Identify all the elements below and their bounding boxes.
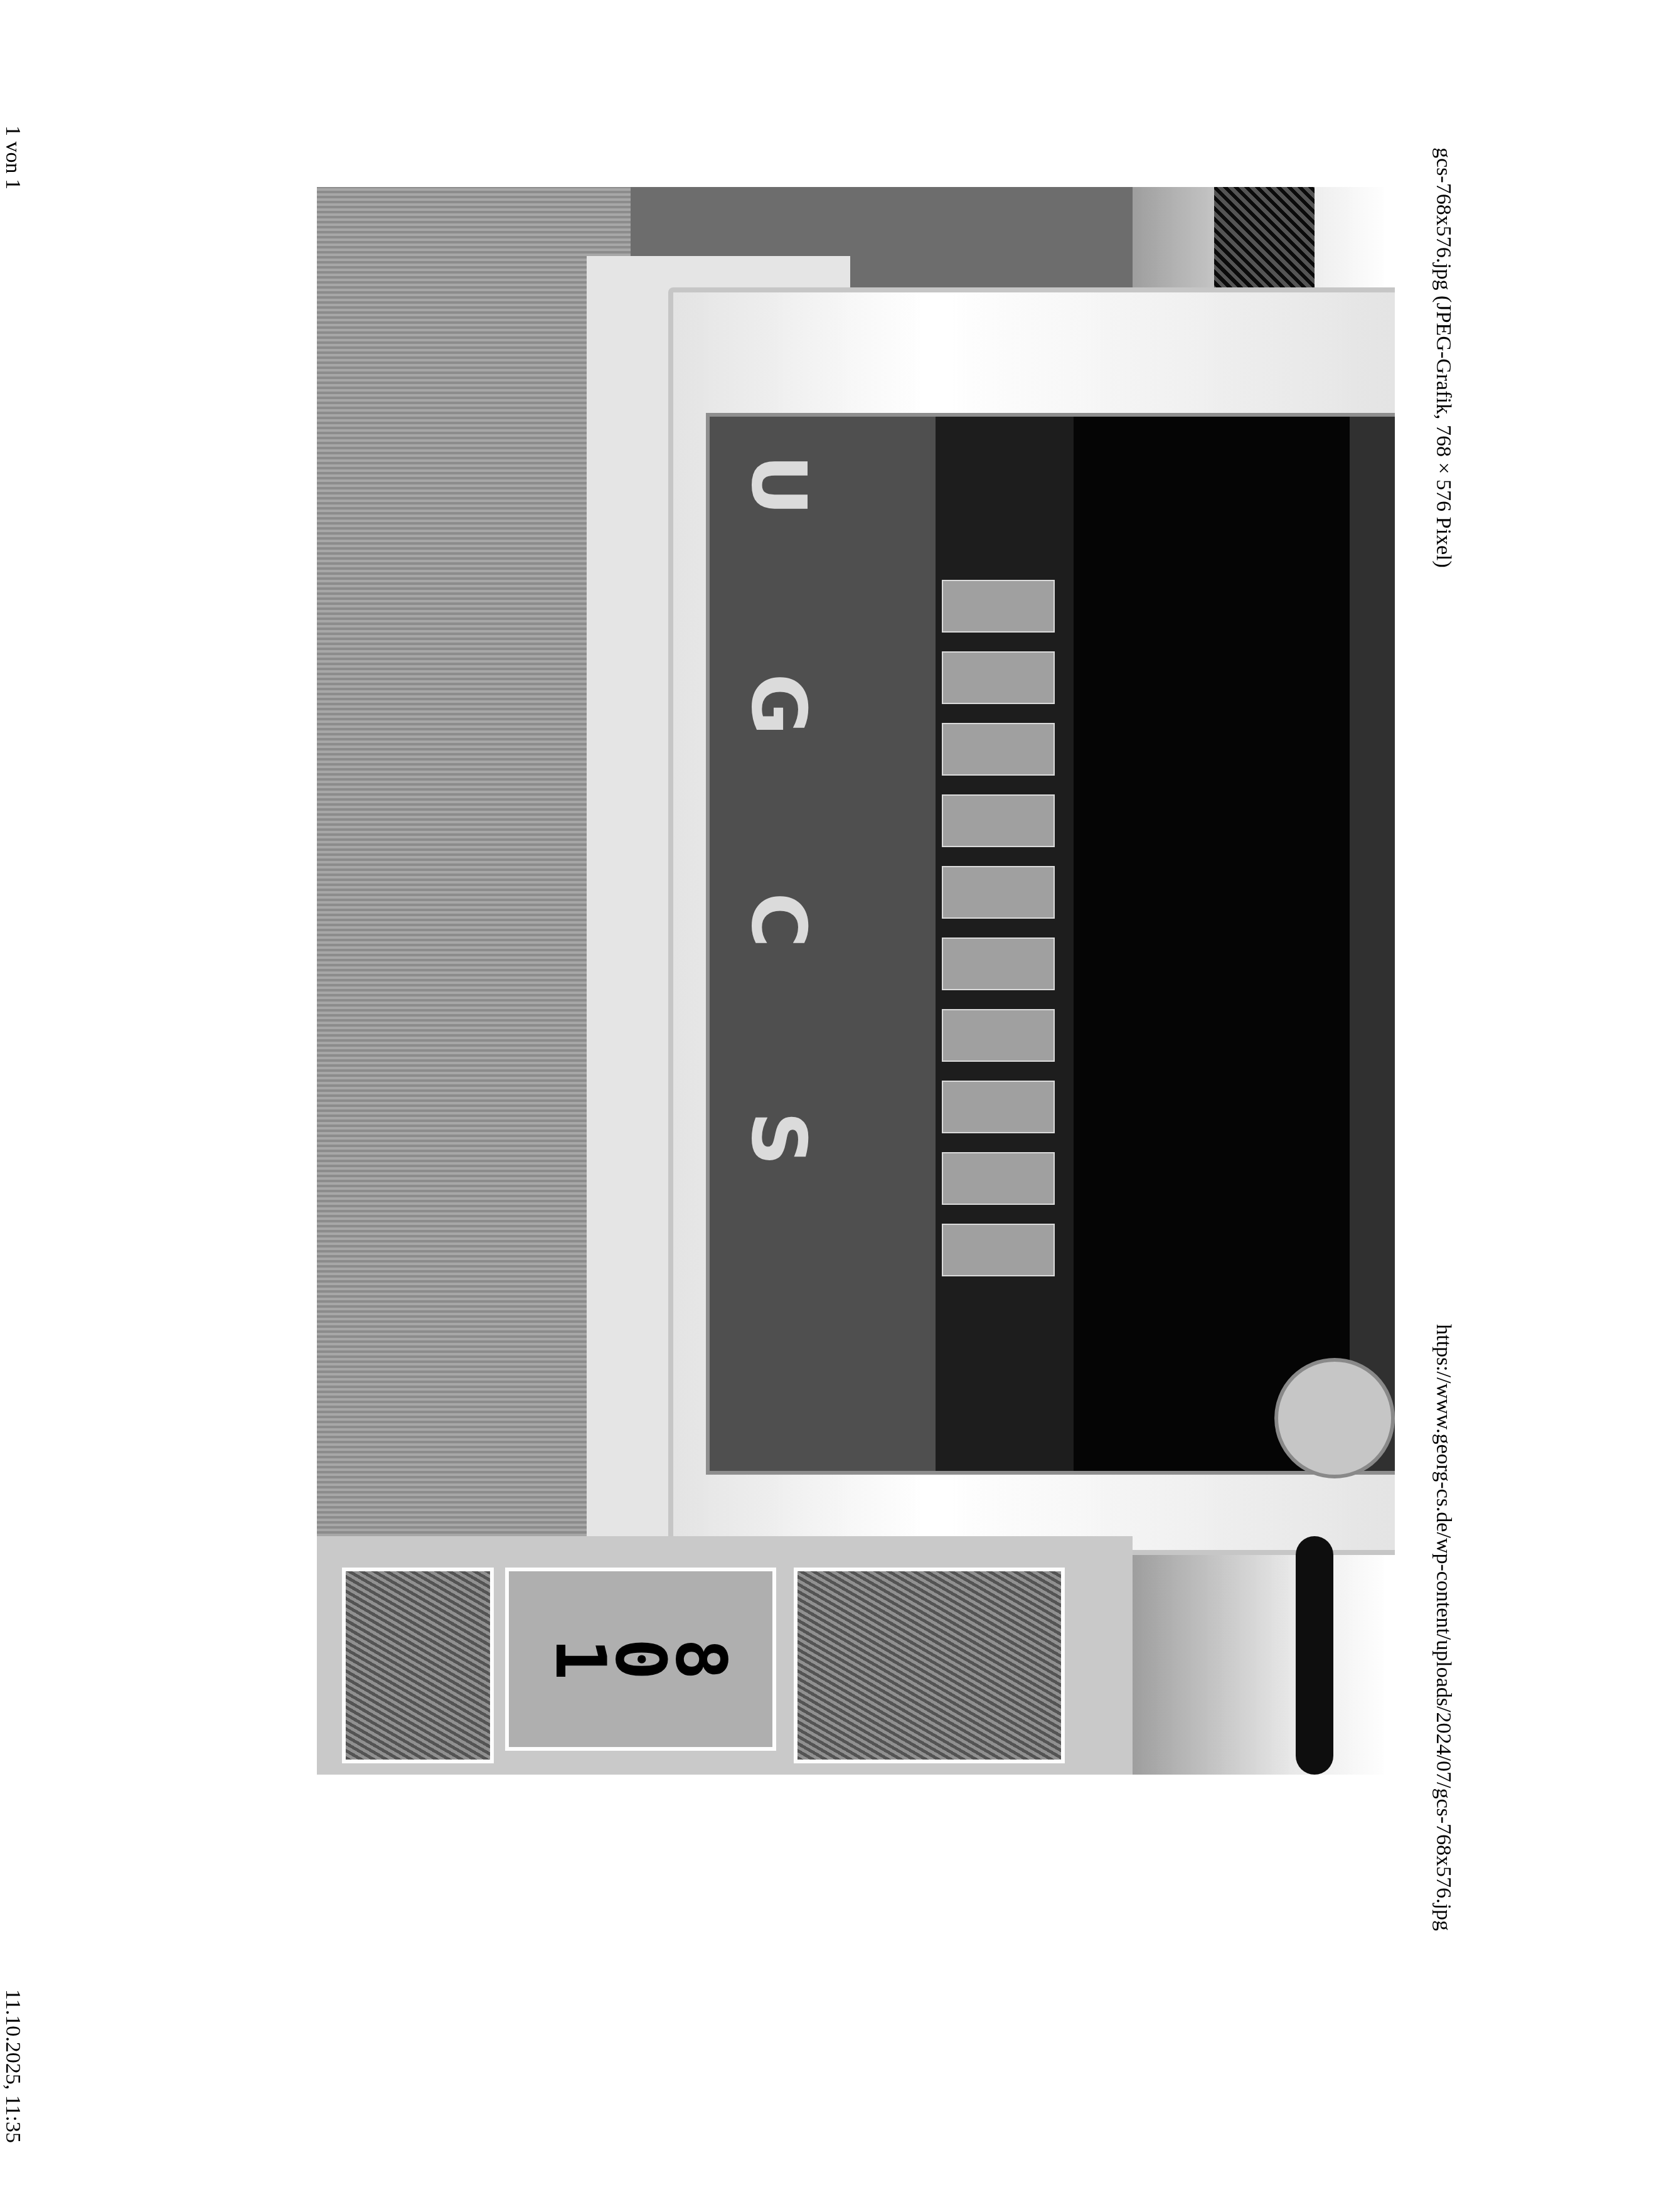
screen-thumbnail xyxy=(942,651,1055,704)
screen-thumbnail xyxy=(942,1009,1055,1062)
screen-thumbnail xyxy=(942,723,1055,776)
screen-banner xyxy=(1350,417,1395,1471)
screen-letter: U xyxy=(735,454,822,516)
screen-main-area xyxy=(1074,417,1395,1471)
sign-panel-left xyxy=(342,1568,494,1763)
screen-thumbnail xyxy=(942,938,1055,990)
screen-sidebar: U G C S xyxy=(710,417,936,1471)
screen-thumbnail-strip xyxy=(942,580,1055,1383)
screen-thumbnail xyxy=(942,1081,1055,1133)
screen-thumbnail xyxy=(942,866,1055,919)
screen-letter: G xyxy=(735,673,822,735)
house-number-plate: 1 0 8 xyxy=(505,1568,776,1751)
screen-thumbnail xyxy=(942,1152,1055,1205)
screen-round-logo-icon xyxy=(1274,1358,1395,1478)
display-cable xyxy=(1296,1536,1333,1775)
screen-thumbnail xyxy=(942,794,1055,847)
print-header-title: gcs-768x576.jpg (JPEG-Grafik, 768 × 576 … xyxy=(1431,147,1456,568)
print-footer-page-number: 1 von 1 xyxy=(0,126,25,190)
print-header-url: https://www.georg-cs.de/wp-content/uploa… xyxy=(1431,1324,1456,1931)
print-footer-datetime: 11.10.2025, 11:35 xyxy=(0,1989,25,2143)
screen-thumbnail xyxy=(942,1224,1055,1276)
screen-letter: C xyxy=(735,892,822,954)
screen-thumbnail xyxy=(942,580,1055,633)
house-number-digit: 8 xyxy=(661,1638,741,1680)
sign-panel-right xyxy=(794,1568,1065,1763)
screen-logo-letters: U G C S xyxy=(747,442,809,1186)
photo-image: U G C S 1 0 8 xyxy=(317,187,1395,1775)
screen-letter: S xyxy=(735,1111,822,1173)
monitor-screen: U G C S xyxy=(706,413,1395,1475)
